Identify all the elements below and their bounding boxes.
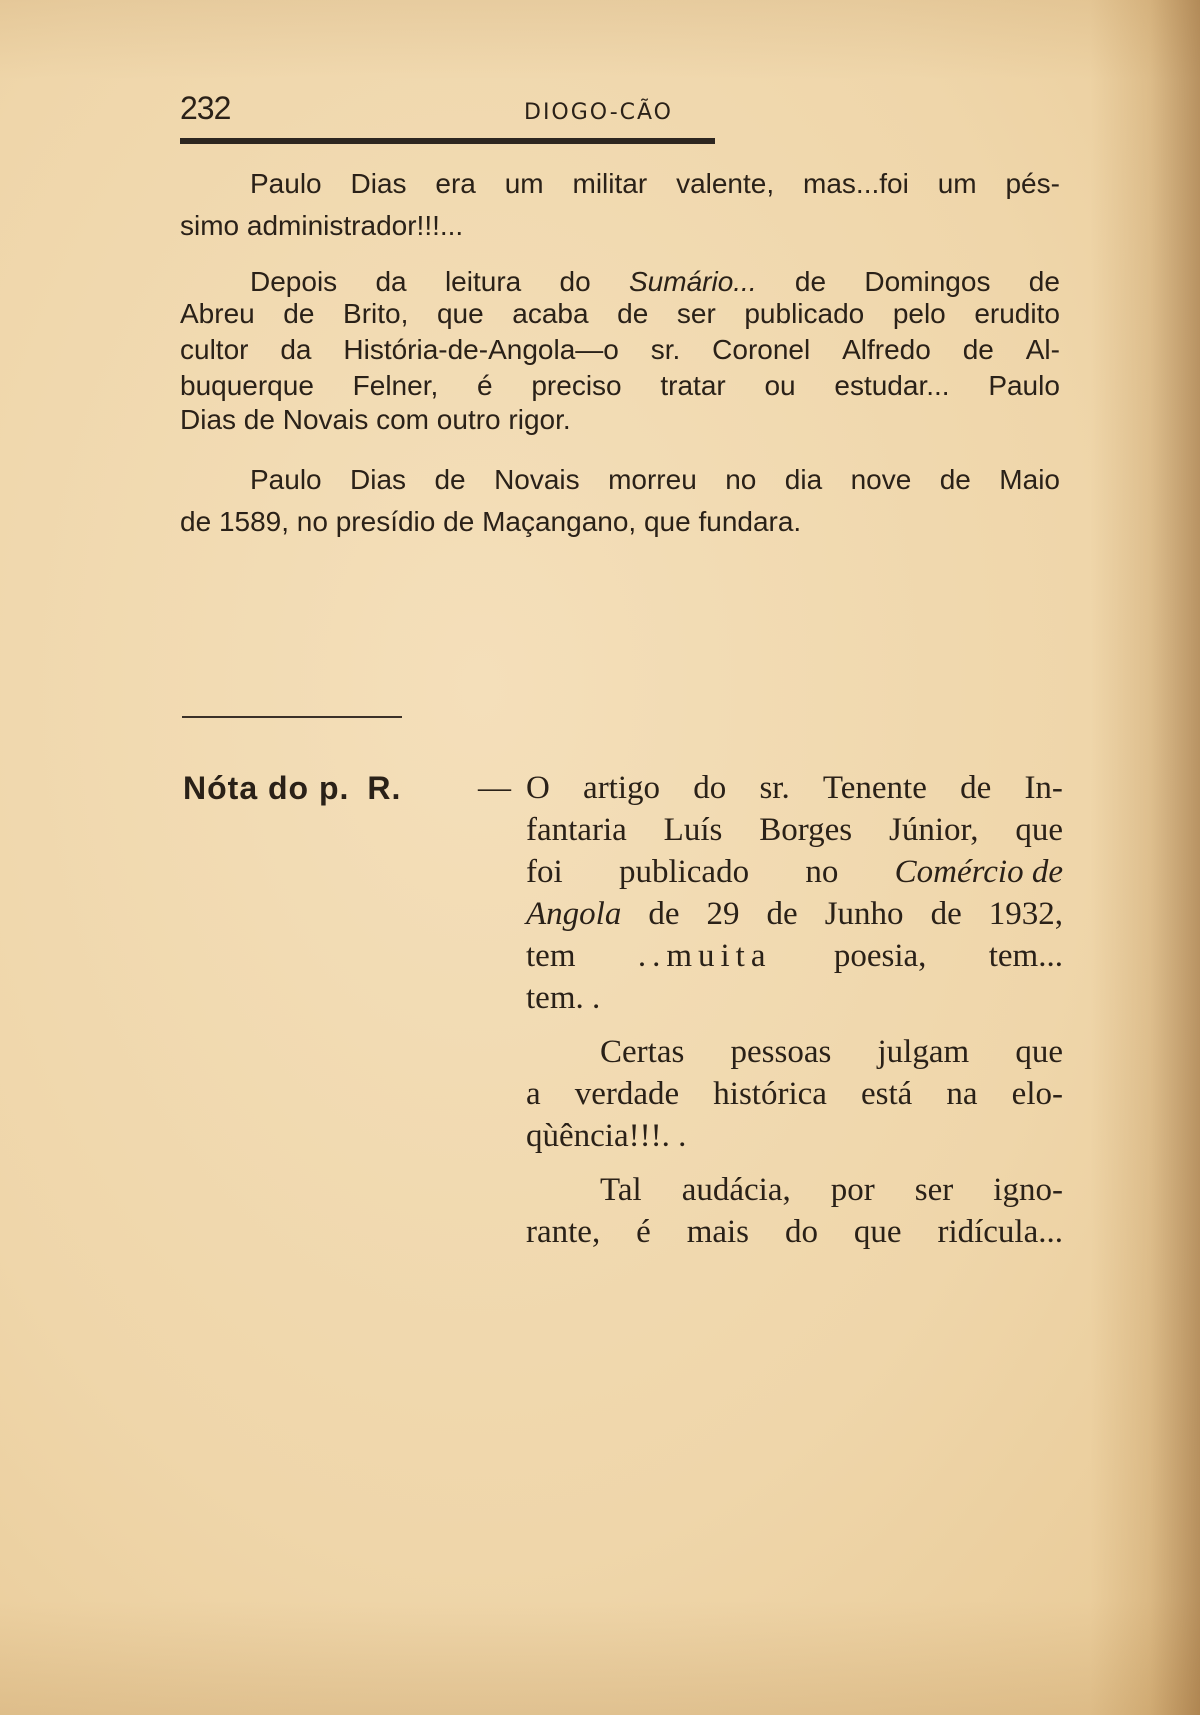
word: Maçangano, — [482, 506, 636, 537]
word: no — [297, 506, 328, 537]
word: com — [376, 404, 429, 435]
word: de — [1029, 266, 1060, 298]
word: de — [648, 894, 679, 935]
note-line-11: rante, é mais do que ridícula... — [526, 1212, 1063, 1253]
word: era — [435, 168, 475, 200]
word: erudito — [974, 298, 1060, 330]
word: O — [526, 768, 550, 809]
word: pelo — [893, 298, 946, 330]
paragraph-2-line-4: buquerque Felner, é preciso tratar ou es… — [180, 370, 1060, 402]
word: mais — [687, 1212, 749, 1253]
word: no — [805, 852, 838, 893]
word: de — [931, 894, 962, 935]
word: Luís — [664, 810, 723, 851]
word: rigor. — [508, 404, 570, 435]
paragraph-3-line-2: de 1589, no presídio de Maçangano, que f… — [180, 506, 1060, 538]
word: um — [938, 168, 977, 200]
word: por — [831, 1170, 875, 1211]
paragraph-1-line-2: simo administrador!!!... — [180, 210, 1060, 242]
word: administrador!!!... — [247, 210, 463, 241]
word: que — [854, 1212, 902, 1253]
word: tem... — [989, 936, 1063, 977]
word: de — [940, 464, 971, 496]
word: que — [1015, 810, 1063, 851]
book-page: 232 DIOGO-CÃO Paulo Dias era um militar … — [0, 0, 1200, 1715]
word: igno- — [993, 1170, 1063, 1211]
word: pessoas — [730, 1032, 831, 1073]
word: outro — [437, 404, 501, 435]
word: poesia, — [834, 936, 927, 977]
word: ridícula... — [937, 1212, 1063, 1253]
note-line-7: Certas pessoas julgam que — [526, 1032, 1063, 1073]
running-title: DIOGO-CÃO — [524, 100, 673, 125]
italic-title: Sumário... — [629, 266, 757, 298]
note-label-r: R. — [367, 770, 401, 806]
note-dash: — — [478, 770, 511, 807]
word: publicado — [619, 852, 749, 893]
paragraph-2-line-2: Abreu de Brito, que acaba de ser publica… — [180, 298, 1060, 330]
word: fantaria — [526, 810, 627, 851]
word: julgam — [877, 1032, 969, 1073]
note-line-10: Tal audácia, por ser igno- — [526, 1170, 1063, 1211]
word: a — [526, 1074, 541, 1115]
word: no — [725, 464, 756, 496]
word: Borges — [759, 810, 852, 851]
word: buquerque — [180, 370, 314, 402]
word: Junho — [825, 894, 904, 935]
word: da — [280, 334, 311, 366]
word: Paulo — [250, 168, 322, 200]
note-line-6: tem. . — [526, 978, 1063, 1019]
word: é — [636, 1212, 651, 1253]
word: tratar — [660, 370, 725, 402]
word: fundara. — [698, 506, 801, 537]
word: 1932, — [989, 894, 1063, 935]
note-line-3: foi publicado no Comércio de — [526, 852, 1063, 893]
word: Abreu — [180, 298, 255, 330]
word: de — [960, 768, 991, 809]
word: militar — [573, 168, 648, 200]
word: da — [375, 266, 406, 298]
word: de — [795, 266, 826, 298]
word: presídio — [336, 506, 436, 537]
note-label-text: Nóta do p. — [183, 770, 349, 806]
word: que — [644, 506, 691, 537]
word: Certas — [600, 1032, 684, 1073]
word: de — [443, 506, 474, 537]
word: Dias — [180, 404, 236, 435]
word: simo — [180, 210, 239, 241]
word: sr. — [759, 768, 789, 809]
note-line-5: tem ..muita poesia, tem... — [526, 936, 1063, 977]
word: elo- — [1012, 1074, 1063, 1115]
word: de — [180, 506, 211, 537]
note-line-2: fantaria Luís Borges Júnior, que — [526, 810, 1063, 851]
italic-title: Comércio de — [895, 852, 1063, 893]
word: ..muita — [638, 936, 772, 977]
word: ser — [915, 1170, 953, 1211]
header-rule — [180, 138, 715, 144]
word: na — [946, 1074, 977, 1115]
note-line-8: a verdade histórica está na elo- — [526, 1074, 1063, 1115]
word: de — [434, 464, 465, 496]
word: que — [437, 298, 484, 330]
word: que — [1015, 1032, 1063, 1073]
italic-title: Angola — [526, 894, 621, 935]
word: Tal — [600, 1170, 642, 1211]
word: publicado — [744, 298, 864, 330]
word: Paulo — [250, 464, 322, 496]
section-divider — [182, 716, 402, 718]
word: estudar... — [834, 370, 949, 402]
word: de — [617, 298, 648, 330]
word: acaba — [512, 298, 588, 330]
word: tem. . — [526, 980, 600, 1016]
word: artigo — [583, 768, 660, 809]
word: 29 — [707, 894, 740, 935]
word: História-de-Angola—o — [343, 334, 618, 366]
word: In- — [1024, 768, 1062, 809]
paragraph-2-line-3: cultor da História-de-Angola—o sr. Coron… — [180, 334, 1060, 366]
word: está — [861, 1074, 912, 1115]
word: mas...foi — [803, 168, 909, 200]
word: verdade — [575, 1074, 679, 1115]
word: do — [785, 1212, 818, 1253]
note-line-4: Angola de 29 de Junho de 1932, — [526, 894, 1063, 935]
word: audácia, — [682, 1170, 791, 1211]
word: de — [963, 334, 994, 366]
word: sr. — [651, 334, 681, 366]
word: Novais — [283, 404, 369, 435]
word: nove — [851, 464, 912, 496]
word: pés- — [1005, 168, 1059, 200]
word: 1589, — [219, 506, 289, 537]
word: valente, — [676, 168, 774, 200]
paragraph-2-line-1: Depois da leitura do Sumário... de Domin… — [180, 266, 1060, 298]
word: Domingos — [864, 266, 990, 298]
word: Júnior, — [889, 810, 978, 851]
word: qùência!!!. . — [526, 1118, 686, 1154]
word: Dias — [351, 168, 407, 200]
word: Paulo — [988, 370, 1060, 402]
paragraph-3-line-1: Paulo Dias de Novais morreu no dia nove … — [180, 464, 1060, 496]
word: preciso — [531, 370, 621, 402]
word: é — [477, 370, 493, 402]
word: do — [560, 266, 591, 298]
word: dia — [785, 464, 822, 496]
word: foi — [526, 852, 563, 893]
word: de — [283, 298, 314, 330]
word: histórica — [713, 1074, 827, 1115]
note-line-1: O artigo do sr. Tenente de In- — [526, 768, 1063, 809]
word: Coronel — [712, 334, 810, 366]
word: Brito, — [343, 298, 408, 330]
page-number: 232 — [180, 90, 230, 127]
word: Alfredo — [842, 334, 931, 366]
word: tem — [526, 936, 575, 977]
word: leitura — [445, 266, 521, 298]
word: de — [244, 404, 275, 435]
word: Depois — [250, 266, 337, 298]
note-line-9: qùência!!!. . — [526, 1116, 1063, 1157]
word: Novais — [494, 464, 580, 496]
word: Maio — [999, 464, 1060, 496]
paragraph-1-line-1: Paulo Dias era um militar valente, mas..… — [180, 168, 1060, 200]
word: ou — [764, 370, 795, 402]
word: Dias — [350, 464, 406, 496]
word: Felner, — [353, 370, 439, 402]
word: morreu — [608, 464, 697, 496]
word: um — [505, 168, 544, 200]
word: do — [693, 768, 726, 809]
word: de — [767, 894, 798, 935]
note-label: Nóta do p.R. — [183, 770, 401, 807]
paragraph-2-line-5: Dias de Novais com outro rigor. — [180, 404, 1060, 436]
word: Tenente — [823, 768, 927, 809]
word: ser — [677, 298, 716, 330]
word: Al- — [1026, 334, 1060, 366]
word: cultor — [180, 334, 248, 366]
word: rante, — [526, 1212, 600, 1253]
